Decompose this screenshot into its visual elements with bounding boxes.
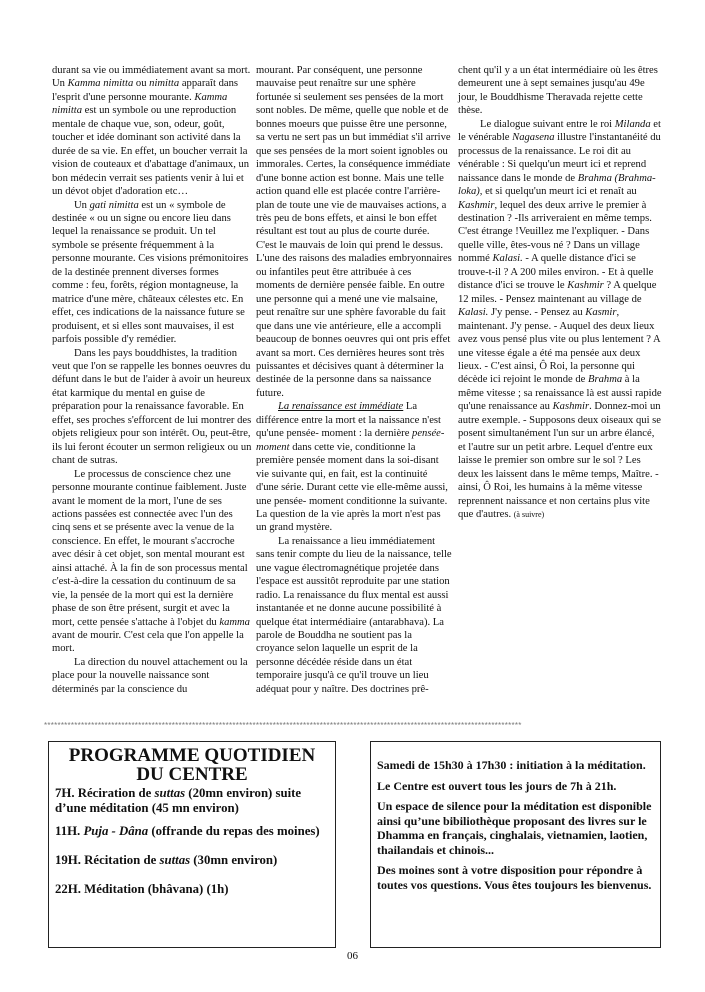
article-paragraph: mourant. Par conséquent, une personne ma…	[256, 64, 452, 400]
programme-title-line2: DU CENTRE	[55, 765, 329, 784]
article-paragraph: La direction du nouvel attachement ou la…	[52, 656, 252, 696]
programme-title-line1: PROGRAMME QUOTIDIEN	[55, 746, 329, 765]
article-paragraph: La renaissance est immédiate La différen…	[256, 400, 452, 535]
italic-term: gati nimitta	[90, 200, 139, 211]
programme-item: 22H. Méditation (bhâvana) (1h)	[55, 882, 329, 897]
italic-term: kamma	[219, 617, 250, 628]
italic-term: Kamma nimitta	[52, 92, 227, 116]
to-be-continued-note: (à suivre)	[514, 510, 544, 519]
info-opening-hours: Le Centre est ouvert tous les jours de 7…	[377, 779, 654, 794]
article-column-2: mourant. Par conséquent, une personne ma…	[256, 64, 452, 696]
programme-item: 7H. Réciration de suttas (20mn environ) …	[55, 786, 329, 816]
article-column-1: durant sa vie ou immédiatement avant sa …	[52, 64, 252, 696]
programme-box: PROGRAMME QUOTIDIEN DU CENTRE 7H. Récira…	[48, 741, 336, 948]
info-monks: Des moines sont à votre disposition pour…	[377, 863, 654, 892]
italic-term: Kashmir	[553, 401, 590, 412]
italic-term: Kamma nimitta	[68, 78, 134, 89]
programme-item: 19H. Récitation de suttas (30mn environ)	[55, 853, 329, 868]
italic-term: pensée-moment	[256, 428, 444, 452]
italic-term: Brahma	[588, 374, 622, 385]
programme-item: 11H. Puja - Dâna (offrande du repas des …	[55, 824, 329, 839]
italic-term: Kasmir	[585, 307, 616, 318]
italic-term: Kalasi.	[458, 307, 488, 318]
article-column-3: chent qu'il y a un état intermédiaire où…	[458, 64, 663, 521]
article-paragraph: Le processus de conscience chez une pers…	[52, 468, 252, 656]
italic-term: Kalasi.	[492, 253, 522, 264]
italic-term: Nagasena	[512, 132, 554, 143]
italic-term: suttas	[160, 853, 191, 867]
italic-term: Milanda	[615, 119, 651, 130]
section-separator: ****************************************…	[44, 721, 658, 730]
programme-list: 7H. Réciration de suttas (20mn environ) …	[55, 786, 329, 897]
article-paragraph: Un gati nimitta est un « symbole de dest…	[52, 199, 252, 347]
info-box: Samedi de 15h30 à 17h30 : initiation à l…	[370, 741, 661, 948]
italic-term: Puja - Dâna	[83, 824, 148, 838]
info-saturday: Samedi de 15h30 à 17h30 : initiation à l…	[377, 758, 654, 773]
article-paragraph: Dans les pays bouddhistes, la tradition …	[52, 347, 252, 468]
section-heading: La renaissance est immédiate	[278, 401, 403, 412]
italic-term: Kashmir	[458, 200, 495, 211]
page-number: 06	[0, 950, 705, 962]
info-library: Un espace de silence pour la méditation …	[377, 799, 654, 857]
italic-term: nimitta	[149, 78, 179, 89]
italic-term: suttas	[155, 786, 186, 800]
italic-term: Brahma (Brahma-loka),	[458, 173, 656, 197]
article-paragraph: Le dialogue suivant entre le roi Milanda…	[458, 118, 663, 522]
article-paragraph: La renaissance a lieu immédiatement sans…	[256, 535, 452, 696]
article-paragraph: chent qu'il y a un état intermédiaire où…	[458, 64, 663, 118]
article-paragraph: durant sa vie ou immédiatement avant sa …	[52, 64, 252, 199]
italic-term: Kashmir	[567, 280, 604, 291]
